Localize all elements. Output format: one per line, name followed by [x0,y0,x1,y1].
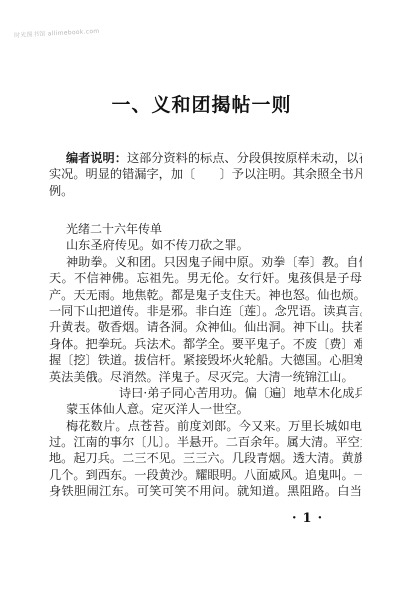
editor-note-line: 例。 [49,183,362,199]
text-line: 握〔挖〕铁道。拔信杆。紧接毁坏火轮船。大德国。心胆寒。 [49,352,362,368]
editor-note-line: 编者说明：这部分资料的标点、分段俱按原样未动，以存 [49,150,362,166]
text-line: 过。江南的事尔〔儿〕。半悬开。二百余年。属大清。平空大 [49,434,362,450]
text-line: 山东圣府传见。如不传刀砍之罪。 [49,237,362,253]
poem-line: 蒙玉体仙人意。定灭洋人一世空。 [49,401,362,417]
text-line: 几个。到西东。一段黄沙。耀眼明。八面威风。追鬼叫。一 [49,467,362,483]
text-line: 一同下山把道传。非是邪。非白连〔莲〕。念咒语。读真言。 [49,303,362,319]
text-line: 神助拳。义和团。只因鬼子闹中原。劝拳〔奉〕教。自信 [49,254,362,270]
document-heading: 光绪二十六年传单 [49,221,362,237]
text-line: 英法美俄。尽消然。洋鬼子。尽灭完。大清一统锦江山。 [49,369,362,385]
editor-note: 编者说明：这部分资料的标点、分段俱按原样未动，以存 实况。明显的错漏字，加〔 〕… [49,150,362,199]
editor-note-label: 编者说明： [66,151,127,165]
chapter-title: 一、义和团揭帖一则 [0,90,403,117]
poem-line: 诗曰·弟子同心苦用功。偏〔遍〕地草木化成兵。愚 [49,385,362,401]
text-line: 地。起刀兵。二三不见。三三六。几段青烟。透大清。黄旗 [49,450,362,466]
page-number: ·1· [292,511,328,526]
text-line: 产。天无雨。地焦乾。都是鬼子支住天。神也怒。仙也烦。 [49,287,362,303]
document-body: 光绪二十六年传单 山东圣府传见。如不传刀砍之罪。 神助拳。义和团。只因鬼子闹中原… [49,221,362,500]
watermark-text: 时光图书馆 allimebook.com [14,26,100,39]
text-line: 升黄表。敬香烟。请各洞。众神仙。仙出洞。神下山。扶着 [49,319,362,335]
text-line: 身体。把拳玩。兵法术。都学全。要平鬼子。不废〔费〕难。 [49,336,362,352]
text-line: 天。不信神佛。忘祖先。男无伦。女行奸。鬼孩俱是子母 [49,270,362,286]
text-line: 身铁胆闹江东。可笑可笑不用问。就知道。黑阻路。白当 [49,483,362,499]
text-line: 梅花数片。点苍苔。前度刘郎。今又来。万里长城如电 [49,418,362,434]
editor-note-line: 实况。明显的错漏字，加〔 〕予以注明。其余照全书凡 [49,166,362,182]
